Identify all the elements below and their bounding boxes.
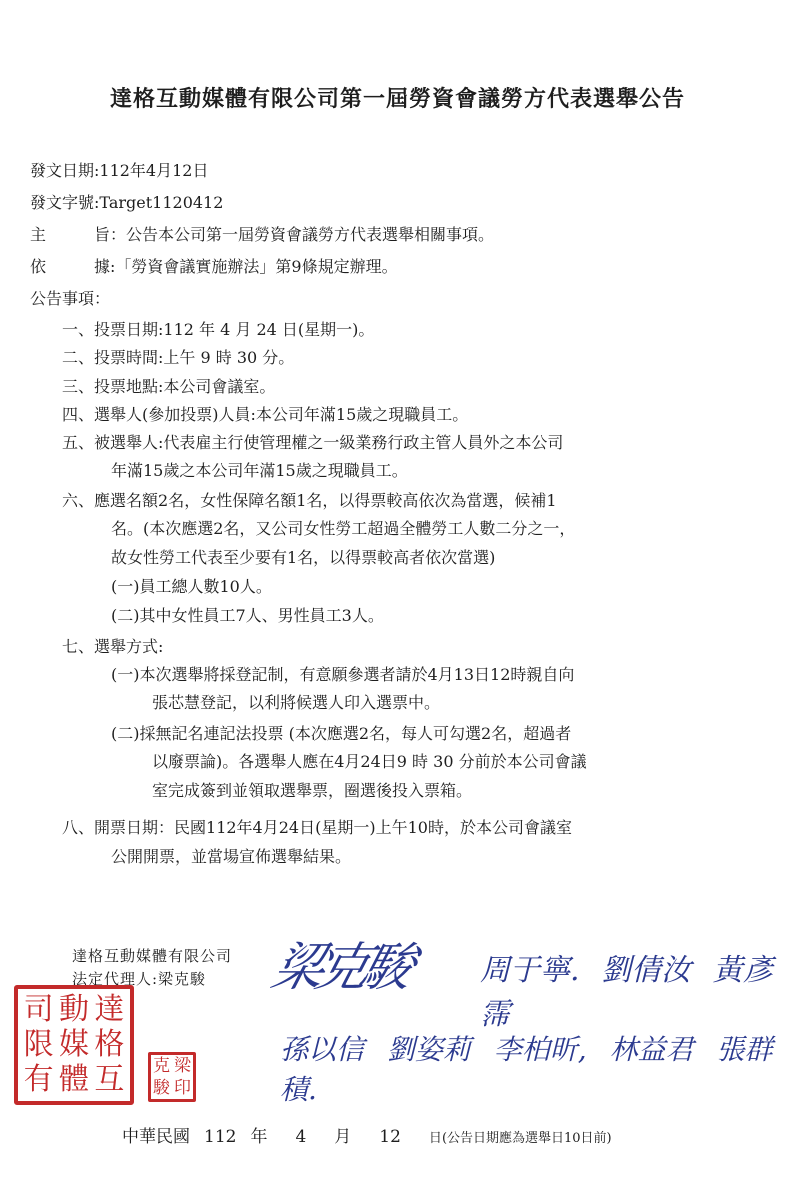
- subject-label: 主: [30, 225, 46, 244]
- footer-month-unit: 月: [334, 1127, 351, 1147]
- seal-char: 互: [92, 1063, 127, 1098]
- item-7-sub-1-continued: 張芯慧登記，以利將候選人印入選票中。: [152, 692, 440, 714]
- item-7-sub-2-continued-1: 以廢票論)。各選舉人應在4月24日9 時 30 分前於本公司會議: [152, 751, 587, 773]
- seal-char: 限: [21, 1027, 56, 1062]
- subject-label-2: 旨：: [94, 225, 126, 244]
- basis-label-2: 據:: [94, 257, 115, 276]
- seal-char: 達: [92, 992, 127, 1027]
- item-number: 四、: [62, 405, 94, 424]
- item-8: 八、開票日期：民國112年4月24日(星期一)上午10時，於本公司會議室: [62, 817, 572, 839]
- footer-day-unit: 日: [429, 1131, 442, 1146]
- representative-seal: 克 梁 駿 印: [148, 1052, 196, 1102]
- item-6-sub-2: (二)其中女性員工7人、男性員工3人。: [111, 605, 384, 627]
- company-seal: 司 動 達 限 媒 格 有 體 互: [14, 985, 134, 1105]
- item-number: 七、: [62, 637, 94, 656]
- basis-label: 依: [30, 257, 46, 276]
- item-5-continued: 年滿15歲之本公司年滿15歲之現職員工。: [111, 460, 408, 482]
- item-7-sub-2-continued-2: 室完成簽到並領取選舉票，圈選後投入票箱。: [152, 780, 472, 802]
- subject-text: 公告本公司第一屆勞資會議勞方代表選舉相關事項。: [126, 225, 494, 244]
- issue-date: 發文日期:112年4月12日: [30, 160, 208, 182]
- item-6-continued-2: 故女性勞工代表至少要有1名，以得票較高者依次當選): [111, 547, 495, 569]
- seal-char: 格: [92, 1027, 127, 1062]
- signatures-row-1: 周于寧. 劉倩汝 黃彥霈: [480, 945, 795, 1033]
- item-number: 二、: [62, 348, 94, 367]
- signature-main: 梁克駿: [265, 925, 417, 1000]
- sub-text: 本次選舉將採登記制，有意願參選者請於4月13日12時親自向: [140, 665, 575, 684]
- item-4: 四、選舉人(參加投票)人員:本公司年滿15歲之現職員工。: [62, 404, 468, 426]
- item-7-sub-2: (二)採無記名連記法投票 (本次應選2名，每人可勾選2名，超過者: [111, 723, 571, 745]
- company-name: 達格互動媒體有限公司: [72, 945, 232, 966]
- sub-number: (一): [111, 665, 140, 684]
- sub-number: (二): [111, 724, 140, 743]
- basis-text: 「勞資會議實施辦法」第9條規定辦理。: [115, 257, 397, 276]
- signatures-row-2: 孫以信 劉姿莉 李柏昕, 林益君 張群積.: [280, 1028, 795, 1108]
- items-heading: 公告事項：: [30, 288, 110, 310]
- item-text: 投票時間:上午 9 時 30 分。: [94, 348, 294, 367]
- item-text: 投票日期:112 年 4 月 24 日(星期一)。: [94, 320, 374, 339]
- seal-char: 動: [56, 992, 91, 1027]
- item-6: 六、應選名額2名，女性保障名額1名，以得票較高依次為當選，候補1: [62, 490, 557, 512]
- item-6-sub-1: (一)員工總人數10人。: [111, 576, 272, 598]
- seal-char: 梁: [172, 1055, 193, 1077]
- item-number: 一、: [62, 320, 94, 339]
- item-text: 投票地點:本公司會議室。: [94, 377, 275, 396]
- footer-day: 12: [379, 1127, 401, 1147]
- item-number: 三、: [62, 377, 94, 396]
- seal-char: 司: [21, 992, 56, 1027]
- seal-char: 媒: [56, 1027, 91, 1062]
- item-number: 八、: [62, 818, 94, 837]
- item-text: 被選舉人:代表雇主行使管理權之一級業務行政主管人員外之本公司: [94, 433, 563, 452]
- document-title: 達格互動媒體有限公司第一屆勞資會議勞方代表選舉公告: [0, 82, 795, 113]
- item-1: 一、投票日期:112 年 4 月 24 日(星期一)。: [62, 319, 374, 341]
- item-5: 五、被選舉人:代表雇主行使管理權之一級業務行政主管人員外之本公司: [62, 432, 563, 454]
- item-8-continued: 公開開票，並當場宣佈選舉結果。: [111, 846, 351, 868]
- seal-char: 克: [151, 1055, 172, 1077]
- item-text: 選舉方式:: [94, 637, 163, 656]
- footer-year: 112: [204, 1127, 236, 1147]
- item-number: 五、: [62, 433, 94, 452]
- item-7-sub-1: (一)本次選舉將採登記制，有意願參選者請於4月13日12時親自向: [111, 664, 574, 686]
- item-7: 七、選舉方式:: [62, 636, 163, 658]
- item-number: 六、: [62, 491, 94, 510]
- subject-row: 主旨：公告本公司第一屆勞資會議勞方代表選舉相關事項。: [30, 224, 494, 246]
- seal-char: 駿: [151, 1077, 172, 1099]
- footer-date: 中華民國112年4月12日(公告日期應為選舉日10日前): [122, 1122, 612, 1147]
- footer-month: 4: [295, 1127, 306, 1147]
- item-3: 三、投票地點:本公司會議室。: [62, 376, 275, 398]
- seal-char: 印: [172, 1077, 193, 1099]
- seal-char: 有: [21, 1063, 56, 1098]
- footer-era: 中華民國: [122, 1127, 190, 1147]
- basis-row: 依據:「勞資會議實施辦法」第9條規定辦理。: [30, 256, 398, 278]
- document-number: 發文字號:Target1120412: [30, 192, 223, 214]
- item-text: 開票日期：民國112年4月24日(星期一)上午10時，於本公司會議室: [94, 818, 572, 837]
- seal-char: 體: [56, 1063, 91, 1098]
- item-text: 應選名額2名，女性保障名額1名，以得票較高依次為當選，候補1: [94, 491, 557, 510]
- item-6-continued-1: 名。(本次應選2名，又公司女性勞工超過全體勞工人數二分之一，: [111, 518, 575, 540]
- footer-note: (公告日期應為選舉日10日前): [442, 1131, 612, 1146]
- item-text: 選舉人(參加投票)人員:本公司年滿15歲之現職員工。: [94, 405, 468, 424]
- footer-year-unit: 年: [250, 1127, 267, 1147]
- sub-text: 採無記名連記法投票 (本次應選2名，每人可勾選2名，超過者: [140, 724, 572, 743]
- item-2: 二、投票時間:上午 9 時 30 分。: [62, 347, 294, 369]
